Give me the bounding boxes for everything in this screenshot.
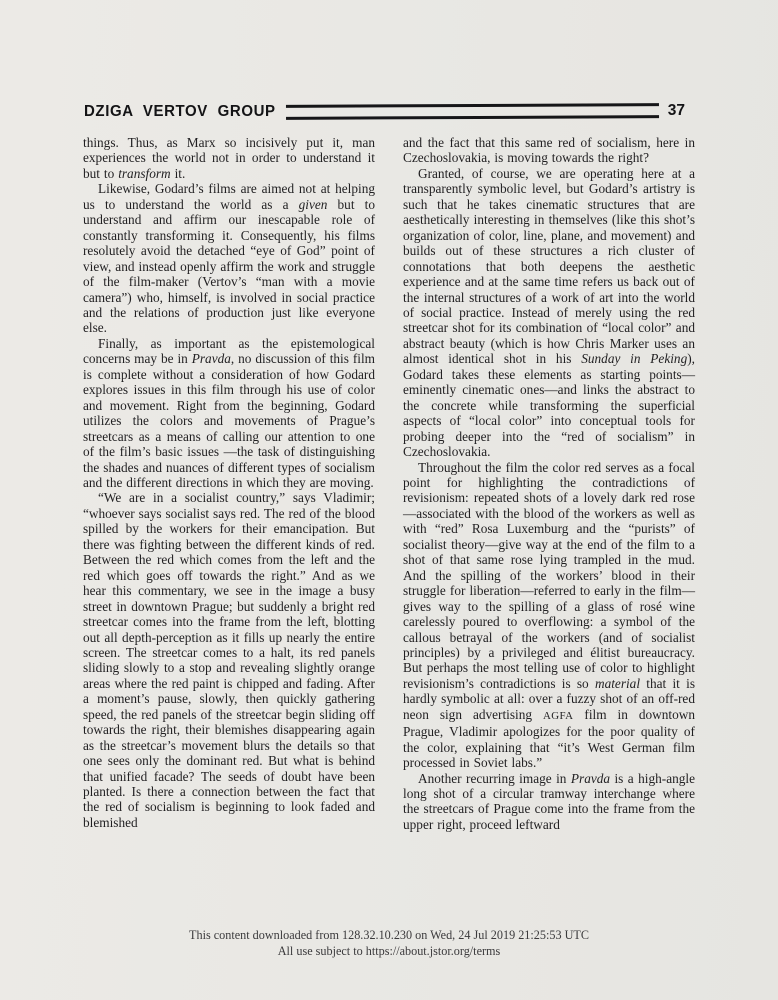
body-text: Granted, of course, we are operating her… [403,166,695,366]
body-text: “We are in a socialist country,” says Vl… [83,490,375,830]
running-head: DZIGA VERTOV GROUP 37 [84,101,685,121]
italic-text: Sunday in Peking [581,351,687,366]
italic-text: Pravda [571,771,610,786]
header-double-rule [286,103,659,120]
page-number: 37 [668,102,685,120]
footer-terms-line: All use subject to https://about.jstor.o… [0,944,778,960]
small-caps-text: AGFA [543,710,573,722]
paragraph: Throughout the film the color red serves… [403,460,695,771]
body-text: ), Godard takes these elements as starti… [403,351,695,459]
body-text: Throughout the film the color red serves… [403,460,695,691]
text-column-right: and the fact that this same red of socia… [403,135,695,832]
paragraph: Finally, as important as the epistemolog… [83,336,375,491]
paragraph: Likewise, Godard’s films are aimed not a… [83,181,375,336]
paragraph: and the fact that this same red of socia… [403,135,695,166]
running-head-title: DZIGA VERTOV GROUP [84,102,276,120]
italic-text: material [595,676,640,691]
paragraph: Another recurring image in Pravda is a h… [403,771,695,833]
italic-text: transform [118,166,170,181]
body-text: it. [171,166,186,181]
italic-text: Pravda [192,351,231,366]
paragraph: things. Thus, as Marx so incisively put … [83,135,375,181]
jstor-footer: This content downloaded from 128.32.10.2… [0,928,778,959]
footer-download-line: This content downloaded from 128.32.10.2… [0,928,778,944]
scanned-page: DZIGA VERTOV GROUP 37 things. Thus, as M… [0,0,778,1000]
paragraph: “We are in a socialist country,” says Vl… [83,490,375,830]
body-text: but to understand and affirm our inescap… [83,197,375,336]
article-body: things. Thus, as Marx so incisively put … [83,135,695,832]
italic-text: given [299,197,328,212]
body-text: , no discussion of this film is complete… [83,351,375,490]
body-text: Another recurring image in [418,771,571,786]
body-text: and the fact that this same red of socia… [403,135,695,165]
text-column-left: things. Thus, as Marx so incisively put … [83,135,375,832]
paragraph: Granted, of course, we are operating her… [403,166,695,460]
